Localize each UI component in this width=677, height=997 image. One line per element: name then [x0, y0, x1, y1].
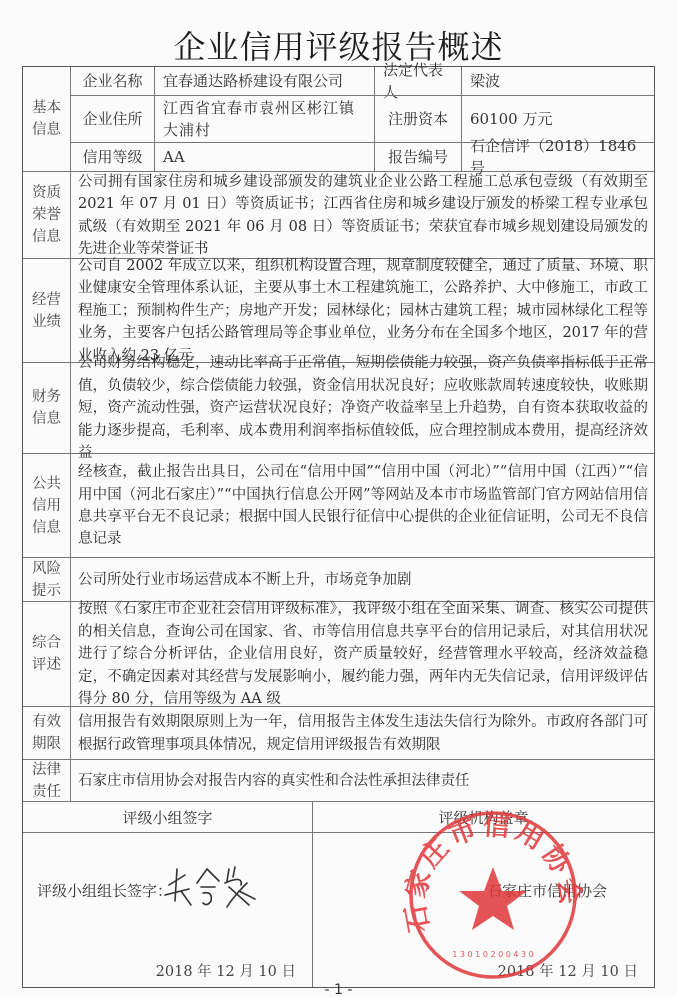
section-label: 基本信息	[23, 67, 71, 171]
field-label: 企业名称	[71, 67, 155, 95]
risk-section: 风险提示 公司所处行业市场运营成本不断上升，市场竞争加剧	[23, 557, 654, 601]
performance-section: 经营业绩 公司自 2002 年成立以来，组织机构设置合理，规章制度较健全，通过了…	[23, 258, 654, 362]
section-text: 信用报告有效期限原则上为一年，信用报告主体发生违法失信行为除外。市政府各部门可根…	[71, 707, 654, 759]
section-text: 公司拥有国家住房和城乡建设部颁发的建筑业企业公路工程施工总承包壹级（有效期至 2…	[71, 172, 654, 258]
basic-info-section: 基本信息 企业名称 宜春通达路桥建设有限公司 法定代表人 梁波 企业住所 江西省…	[23, 67, 654, 171]
section-text: 按照《石家庄市企业社会信用评级标准》，我评级小组在全面采集、调查、核实公司提供的…	[71, 602, 654, 706]
section-text: 公司自 2002 年成立以来，组织机构设置合理，规章制度较健全，通过了质量、环境…	[71, 259, 654, 362]
signature-body: 评级小组组长签字： 2018 年 12 月 10 日 石家庄市信用协会 石家庄市…	[23, 832, 654, 987]
section-label: 财务信息	[23, 363, 71, 453]
basic-row: 企业名称 宜春通达路桥建设有限公司 法定代表人 梁波	[71, 67, 654, 95]
financial-section: 财务信息 公司财务结构稳定，速动比率高于正常值，短期偿债能力较强，资产负债率指标…	[23, 362, 654, 453]
summary-section: 综合评述 按照《石家庄市企业社会信用评级标准》，我评级小组在全面采集、调查、核实…	[23, 601, 654, 706]
section-label: 综合评述	[23, 602, 71, 706]
section-label: 有效期限	[23, 707, 71, 759]
team-sign-date: 2018 年 12 月 10 日	[156, 960, 296, 981]
qualification-section: 资质荣誉信息 公司拥有国家住房和城乡建设部颁发的建筑业企业公路工程施工总承包壹级…	[23, 171, 654, 258]
validity-section: 有效期限 信用报告有效期限原则上为一年，信用报告主体发生违法失信行为除外。市政府…	[23, 706, 654, 759]
official-seal-stamp: 石家庄市信用协会 1 3 0 1 0 2 0 0 4 3 0	[403, 805, 583, 985]
svg-text:1 3 0 1 0 2 0 0 4 3 0: 1 3 0 1 0 2 0 0 4 3 0	[452, 950, 533, 959]
field-label: 报告编号	[375, 143, 462, 171]
team-signature-cell: 评级小组组长签字： 2018 年 12 月 10 日	[23, 833, 313, 987]
section-text: 公司财务结构稳定，速动比率高于正常值，短期偿债能力较强，资产负债率指标低于正常值…	[71, 363, 654, 453]
section-text: 公司所处行业市场运营成本不断上升，市场竞争加剧	[71, 558, 654, 601]
section-text: 石家庄市信用协会对报告内容的真实性和合法性承担法律责任	[71, 760, 654, 801]
page-title: 企业信用评级报告概述	[0, 22, 677, 68]
company-address: 江西省宜春市袁州区彬江镇大浦村	[155, 96, 375, 142]
handwritten-signature	[163, 861, 273, 911]
section-label: 风险提示	[23, 558, 71, 601]
legal-representative: 梁波	[462, 67, 654, 95]
star-icon	[459, 867, 527, 930]
public-credit-section: 公共信用信息 经核查，截止报告出具日，公司在“信用中国”“信用中国（河北）”“信…	[23, 453, 654, 557]
basic-row: 信用等级 AA 报告编号 石企信评（2018）1846 号	[71, 142, 654, 171]
field-label: 信用等级	[71, 143, 155, 171]
section-label: 公共信用信息	[23, 454, 71, 557]
org-seal-cell: 石家庄市信用协会 石家庄市信用协会 1 3 0 1 0 2 0 0 4 3 0 …	[313, 833, 654, 987]
field-label: 注册资本	[375, 96, 462, 142]
basic-info-grid: 企业名称 宜春通达路桥建设有限公司 法定代表人 梁波 企业住所 江西省宜春市袁州…	[71, 67, 654, 171]
section-label: 经营业绩	[23, 259, 71, 362]
legal-section: 法律责任 石家庄市信用协会对报告内容的真实性和合法性承担法律责任	[23, 759, 654, 801]
field-label: 法定代表人	[375, 67, 462, 95]
section-label: 法律责任	[23, 760, 71, 801]
company-name: 宜春通达路桥建设有限公司	[155, 67, 375, 95]
section-label: 资质荣誉信息	[23, 172, 71, 258]
leader-signature-label: 评级小组组长签字：	[37, 880, 172, 901]
credit-rating: AA	[155, 143, 375, 171]
field-label: 企业住所	[71, 96, 155, 142]
report-table: 基本信息 企业名称 宜春通达路桥建设有限公司 法定代表人 梁波 企业住所 江西省…	[22, 66, 655, 988]
report-number: 石企信评（2018）1846 号	[462, 143, 654, 171]
team-signature-header: 评级小组签字	[23, 802, 313, 832]
section-text: 经核查，截止报告出具日，公司在“信用中国”“信用中国（河北）”“信用中国（江西）…	[71, 454, 654, 557]
